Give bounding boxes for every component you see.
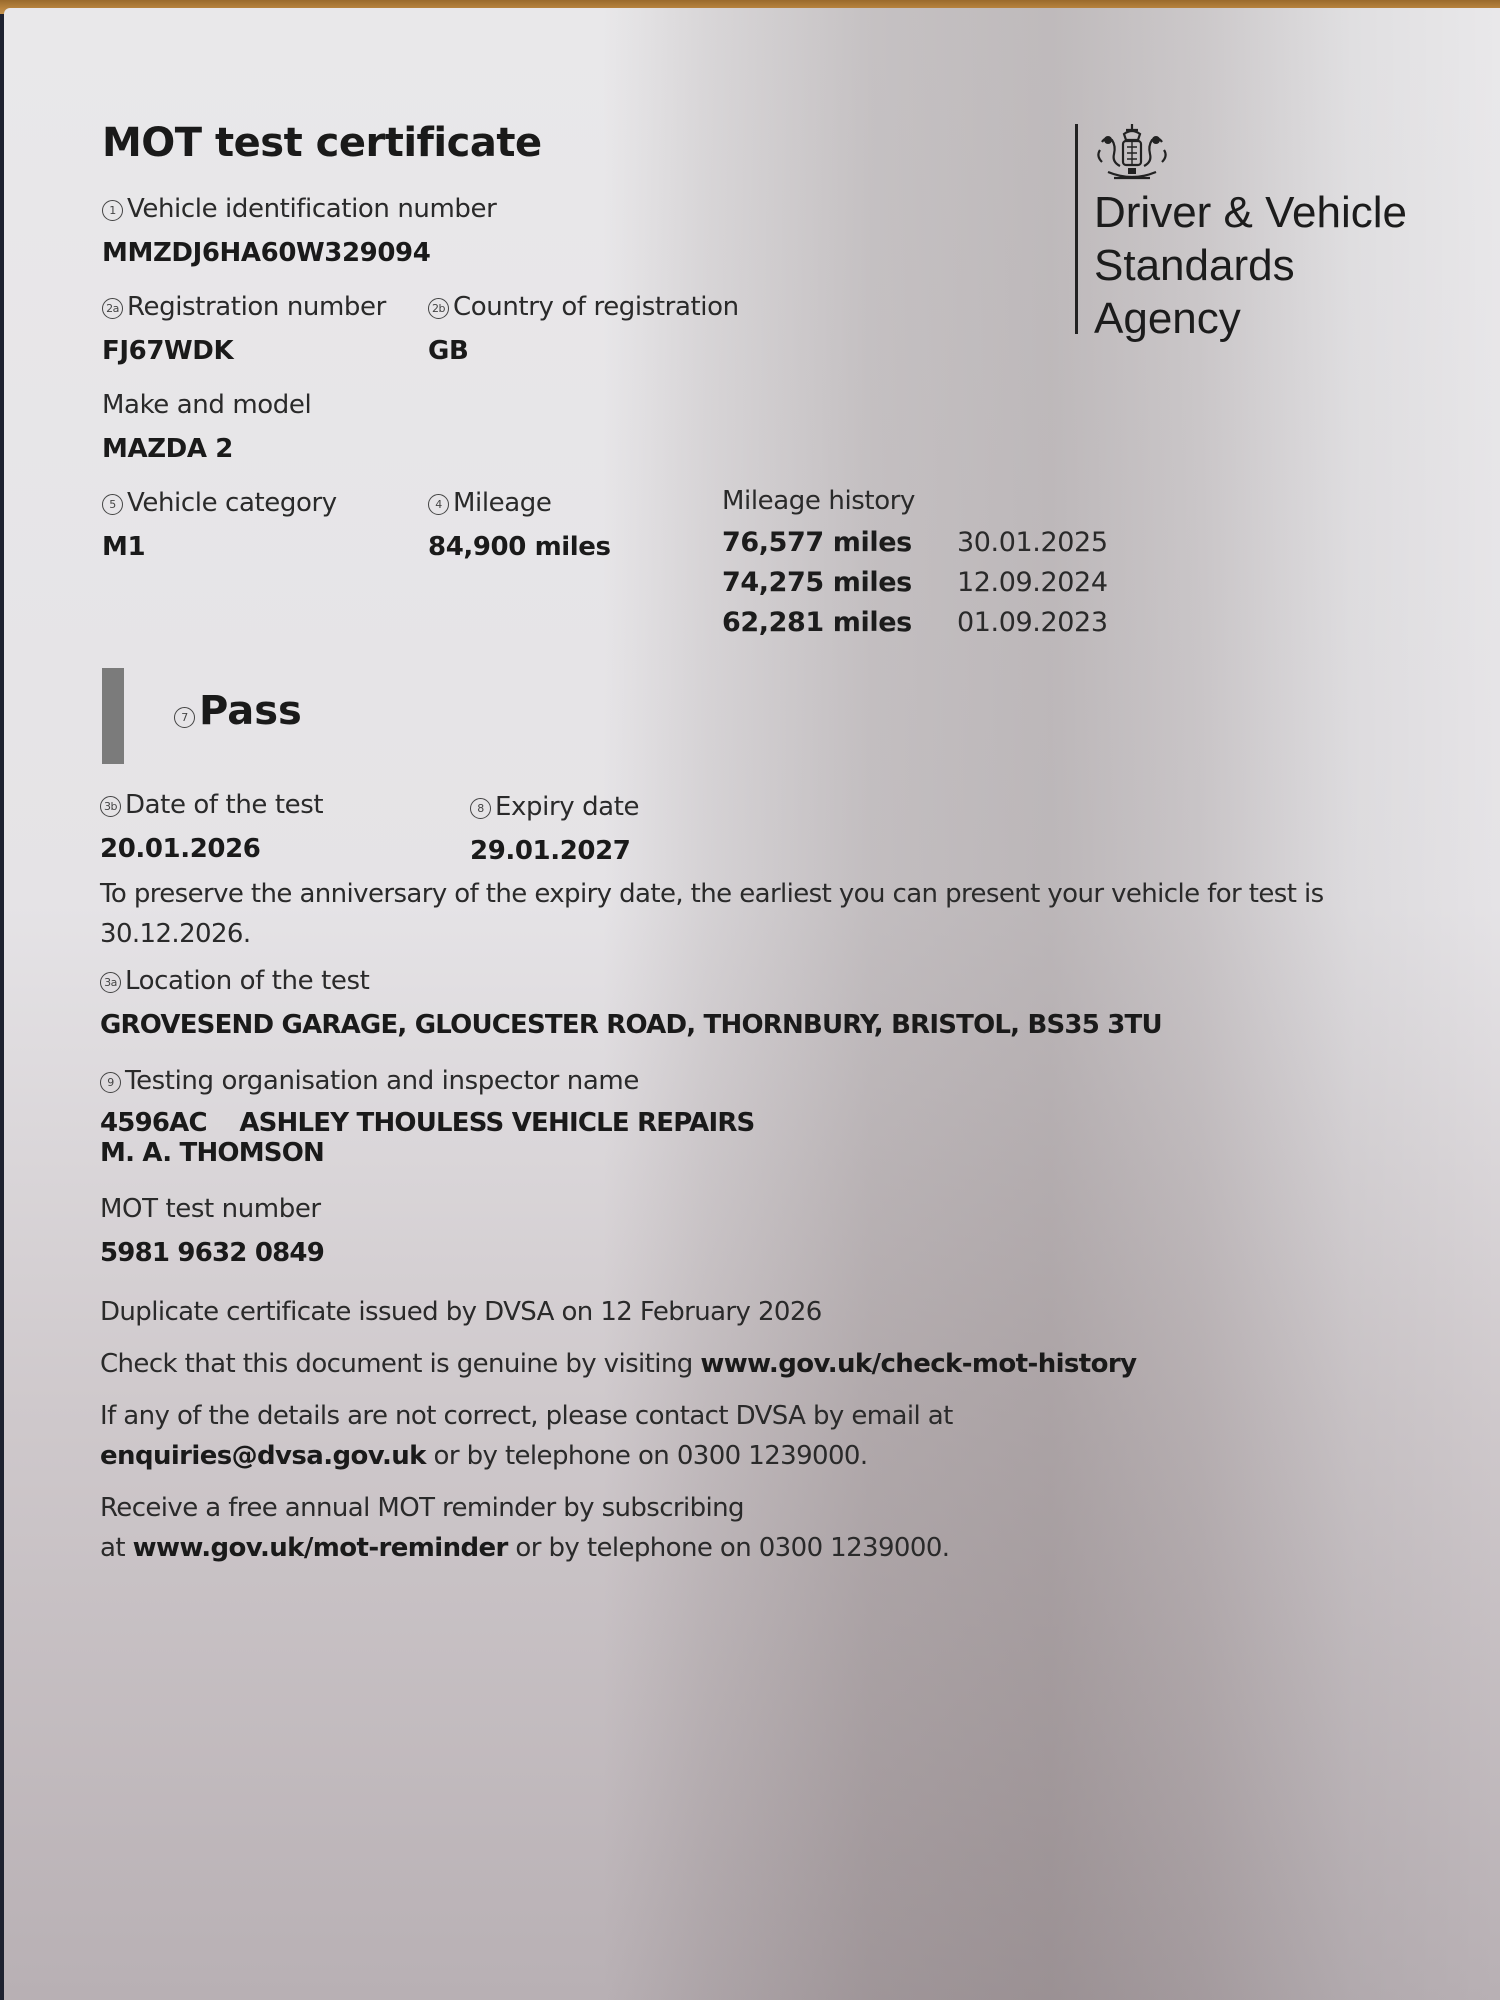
field-number-badge: 5 [102, 494, 123, 515]
expiry-date-label-text: Expiry date [495, 792, 639, 822]
field-number-badge: 1 [102, 200, 123, 221]
field-number-badge: 8 [470, 798, 491, 819]
mileage-label-text: Mileage [453, 488, 552, 518]
contact-line: If any of the details are not correct, p… [100, 1396, 953, 1436]
test-number-value: 5981 9632 0849 [100, 1238, 324, 1268]
reminder-phone-text: or by telephone on 0300 1239000. [508, 1533, 950, 1563]
contact-text: If any of the details are not correct, p… [100, 1396, 953, 1476]
test-date-label: 3bDate of the test [100, 790, 323, 820]
history-miles: 74,275 miles [722, 562, 957, 602]
test-date-value: 20.01.2026 [100, 834, 260, 864]
vin-label: 1Vehicle identification number [102, 194, 496, 224]
check-genuine-text: Check that this document is genuine by v… [100, 1344, 1136, 1384]
agency-name: Driver & Vehicle Standards Agency [1094, 186, 1407, 345]
make-model-label: Make and model [102, 390, 311, 420]
mileage-history-label: Mileage history [722, 486, 915, 516]
duplicate-notice: Duplicate certificate issued by DVSA on … [100, 1292, 822, 1332]
reminder-prefix: at [100, 1533, 133, 1563]
make-model-value: MAZDA 2 [102, 434, 233, 464]
mileage-history-row: 62,281 miles 01.09.2023 [722, 602, 1108, 642]
test-result: 7Pass [174, 688, 302, 734]
mileage-history-table: 76,577 miles 30.01.2025 74,275 miles 12.… [722, 522, 1108, 642]
test-number-label: MOT test number [100, 1194, 321, 1224]
contact-phone-text: or by telephone on 0300 1239000. [426, 1441, 868, 1471]
location-value: GROVESEND GARAGE, GLOUCESTER ROAD, THORN… [100, 1010, 1162, 1040]
history-miles: 76,577 miles [722, 522, 957, 562]
registration-label: 2aRegistration number [102, 292, 386, 322]
field-number-badge: 9 [100, 1072, 121, 1093]
anniversary-note-line: To preserve the anniversary of the expir… [100, 874, 1324, 914]
field-number-badge: 2a [102, 298, 123, 319]
check-mot-history-link[interactable]: www.gov.uk/check-mot-history [700, 1349, 1136, 1379]
testing-org-value: 4596AC ASHLEY THOULESS VEHICLE REPAIRS M… [100, 1108, 754, 1168]
result-indicator-bar [102, 668, 124, 764]
page-title: MOT test certificate [102, 120, 542, 166]
country-label-text: Country of registration [453, 292, 739, 322]
vin-label-text: Vehicle identification number [127, 194, 496, 224]
agency-divider [1075, 124, 1078, 334]
field-number-badge: 4 [428, 494, 449, 515]
mot-reminder-link[interactable]: www.gov.uk/mot-reminder [133, 1533, 508, 1563]
agency-name-line: Agency [1094, 292, 1407, 345]
mileage-history-row: 74,275 miles 12.09.2024 [722, 562, 1108, 602]
agency-name-line: Standards [1094, 239, 1407, 292]
result-value: Pass [199, 688, 302, 734]
vehicle-category-label: 5Vehicle category [102, 488, 337, 518]
history-date: 30.01.2025 [957, 522, 1108, 562]
vehicle-category-value: M1 [102, 532, 145, 562]
testing-org-label: 9Testing organisation and inspector name [100, 1066, 639, 1096]
certificate-page: MOT test certificate Driver & Vehicle St… [4, 8, 1500, 2000]
reminder-line: Receive a free annual MOT reminder by su… [100, 1488, 949, 1528]
mileage-value: 84,900 miles [428, 532, 611, 562]
earliest-test-date: 30.12.2026. [100, 914, 1324, 954]
royal-coat-of-arms-icon [1092, 120, 1172, 188]
vin-value: MMZDJ6HA60W329094 [102, 238, 430, 268]
country-label: 2bCountry of registration [428, 292, 739, 322]
history-date: 01.09.2023 [957, 602, 1108, 642]
test-date-label-text: Date of the test [125, 790, 323, 820]
agency-name-line: Driver & Vehicle [1094, 186, 1407, 239]
mileage-history-row: 76,577 miles 30.01.2025 [722, 522, 1108, 562]
contact-email-link[interactable]: enquiries@dvsa.gov.uk [100, 1441, 426, 1471]
field-number-badge: 7 [174, 707, 195, 728]
field-number-badge: 3a [100, 972, 121, 993]
inspector-name: M. A. THOMSON [100, 1138, 754, 1168]
field-number-badge: 3b [100, 796, 121, 817]
testing-org-label-text: Testing organisation and inspector name [125, 1066, 639, 1096]
registration-label-text: Registration number [127, 292, 386, 322]
history-miles: 62,281 miles [722, 602, 957, 642]
testing-org-name: ASHLEY THOULESS VEHICLE REPAIRS [239, 1108, 754, 1138]
country-value: GB [428, 336, 468, 366]
expiry-date-label: 8Expiry date [470, 792, 639, 822]
registration-value: FJ67WDK [102, 336, 233, 366]
anniversary-note: To preserve the anniversary of the expir… [100, 874, 1324, 954]
location-label-text: Location of the test [125, 966, 369, 996]
check-genuine-prefix: Check that this document is genuine by v… [100, 1349, 700, 1379]
reminder-text: Receive a free annual MOT reminder by su… [100, 1488, 949, 1568]
vehicle-category-label-text: Vehicle category [127, 488, 337, 518]
history-date: 12.09.2024 [957, 562, 1108, 602]
expiry-date-value: 29.01.2027 [470, 836, 630, 866]
field-number-badge: 2b [428, 298, 449, 319]
mileage-label: 4Mileage [428, 488, 552, 518]
testing-org-code: 4596AC [100, 1108, 207, 1138]
location-label: 3aLocation of the test [100, 966, 369, 996]
